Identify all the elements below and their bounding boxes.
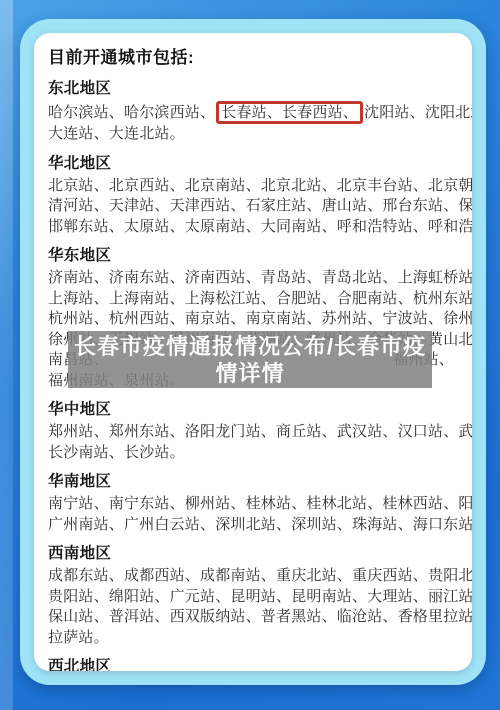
station-line: 长沙南站、长沙站。 [48,443,460,464]
region-section: 西北地区西安站、西安北站、兰州站、兰州西站、银川站、乌鲁木齐站、西宁站。 [48,658,460,671]
region-section: 东北地区哈尔滨站、哈尔滨西站、长春站、长春西站、沈阳站、沈阳北站、大连站、大连北… [48,80,460,145]
left-edge-glow [0,0,13,710]
region-header: 华南地区 [48,473,460,491]
station-line: 广州南站、广州白云站、深圳北站、深圳站、珠海站、海口东站。 [48,515,460,536]
region-header: 华北地区 [48,155,460,173]
region-header: 东北地区 [48,80,460,98]
station-line: 大连站、大连北站。 [48,124,460,145]
region-header: 华中地区 [48,401,460,419]
station-line: 济南站、济南东站、济南西站、青岛站、青岛北站、上海虹桥站、 [48,268,460,289]
station-text: 沈阳站、沈阳北站、 [364,104,472,121]
region-section: 华北地区北京站、北京西站、北京南站、北京北站、北京丰台站、北京朝阳站、清河站、天… [48,155,460,238]
station-text: 哈尔滨站、哈尔滨西站、 [48,104,215,121]
station-line: 杭州站、杭州西站、南京站、南京南站、苏州站、宁波站、徐州东站、 [48,309,460,330]
station-line: 北京站、北京西站、北京南站、北京北站、北京丰台站、北京朝阳站、 [48,176,460,197]
station-line: 拉萨站。 [48,628,460,649]
article-image: { "colors": { "background_blue": "#1b70d… [0,0,500,710]
region-header: 西南地区 [48,545,460,563]
station-line: 郑州站、郑州东站、洛阳龙门站、商丘站、武汉站、汉口站、武昌站、 [48,422,460,443]
page-title: 目前开通城市包括: [48,47,460,68]
region-header: 西北地区 [48,658,460,671]
region-section: 西南地区成都东站、成都西站、成都南站、重庆北站、重庆西站、贵阳北站、贵阳站、绵阳… [48,545,460,648]
station-line: 成都东站、成都西站、成都南站、重庆北站、重庆西站、贵阳北站、 [48,566,460,587]
watermark-overlay: 长春市疫情通报情况公布/长春市疫 情详情 [68,331,432,388]
region-header: 华东地区 [48,247,460,265]
station-line: 南宁站、南宁东站、柳州站、桂林站、桂林北站、桂林西站、阳朔站、 [48,494,460,515]
region-section: 华南地区南宁站、南宁东站、柳州站、桂林站、桂林北站、桂林西站、阳朔站、广州南站、… [48,473,460,535]
station-line: 贵阳站、绵阳站、广元站、昆明站、昆明南站、大理站、丽江站、 [48,587,460,608]
station-line: 清河站、天津站、天津西站、石家庄站、唐山站、邢台东站、保定东站、 [48,196,460,217]
station-line: 哈尔滨站、哈尔滨西站、长春站、长春西站、沈阳站、沈阳北站、 [48,101,460,124]
highlight-red-box: 长春站、长春西站、 [216,101,363,124]
station-line: 上海站、上海南站、上海松江站、合肥站、合肥南站、杭州东站、 [48,289,460,310]
station-line: 邯郸东站、太原站、太原南站、大同南站、呼和浩特站、呼和浩特东站。 [48,217,460,238]
region-section: 华中地区郑州站、郑州东站、洛阳龙门站、商丘站、武汉站、汉口站、武昌站、长沙南站、… [48,401,460,463]
watermark-line-1: 长春市疫情通报情况公布/长春市疫 [68,333,432,360]
station-line: 保山站、普洱站、西双版纳站、普者黑站、临沧站、香格里拉站。 [48,607,460,628]
watermark-line-2: 情详情 [68,360,432,387]
